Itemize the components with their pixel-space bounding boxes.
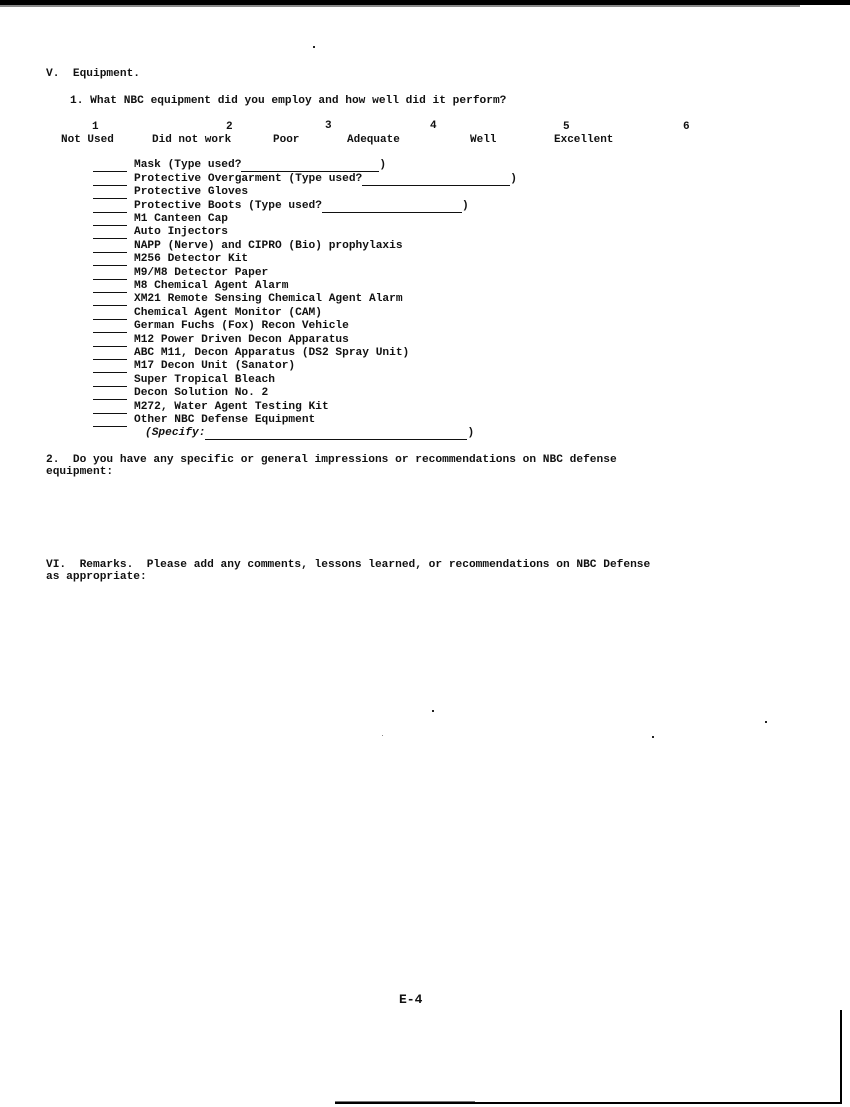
scan-speck xyxy=(765,721,767,723)
scale-number-1: 1 xyxy=(92,121,99,133)
rating-blank[interactable] xyxy=(93,402,127,414)
rating-blank[interactable] xyxy=(93,308,127,320)
question-2-line-2: equipment: xyxy=(46,466,113,479)
rating-blank[interactable] xyxy=(93,241,127,253)
scale-number-4: 4 xyxy=(430,120,437,132)
rating-blank[interactable] xyxy=(93,294,127,306)
equipment-item-protective-overgarment: Protective Overgarment (Type used?) xyxy=(93,172,517,185)
scale-label-adequate: Adequate xyxy=(347,134,400,146)
equipment-item-fuchs-recon-vehicle: German Fuchs (Fox) Recon Vehicle xyxy=(93,320,349,333)
rating-blank[interactable] xyxy=(93,281,127,293)
equipment-item-protective-boots: Protective Boots (Type used?) xyxy=(93,199,469,212)
rating-blank[interactable] xyxy=(93,214,127,226)
equipment-item-m272-testing-kit: M272, Water Agent Testing Kit xyxy=(93,400,329,413)
scan-speck xyxy=(382,735,383,736)
rating-blank[interactable] xyxy=(93,335,127,347)
scale-label-did-not-work: Did not work xyxy=(152,134,231,146)
equipment-item-xm21-alarm: XM21 Remote Sensing Chemical Agent Alarm xyxy=(93,293,403,306)
scan-speck xyxy=(652,736,654,738)
specify-field[interactable] xyxy=(205,429,467,440)
scan-speck xyxy=(313,46,315,48)
equipment-item-other-nbc: Other NBC Defense Equipment xyxy=(93,414,315,427)
equipment-item-m1-canteen-cap: M1 Canteen Cap xyxy=(93,213,228,226)
type-used-field[interactable] xyxy=(241,161,379,172)
equipment-item-protective-gloves: Protective Gloves xyxy=(93,186,248,199)
scan-speck xyxy=(432,710,434,712)
equipment-item-napp-cipro: NAPP (Nerve) and CIPRO (Bio) prophylaxis xyxy=(93,239,403,252)
type-used-field[interactable] xyxy=(322,202,462,213)
rating-blank[interactable] xyxy=(93,201,127,213)
scan-bottom-edge xyxy=(335,1102,842,1104)
equipment-item-super-tropical-bleach: Super Tropical Bleach xyxy=(93,373,275,386)
type-used-field[interactable] xyxy=(362,175,510,186)
rating-blank[interactable] xyxy=(93,388,127,400)
equipment-item-decon-solution-2: Decon Solution No. 2 xyxy=(93,387,268,400)
rating-blank[interactable] xyxy=(93,160,127,172)
equipment-item-m9-m8-detector-paper: M9/M8 Detector Paper xyxy=(93,266,268,279)
rating-blank[interactable] xyxy=(93,227,127,239)
scan-top-edge-shadow xyxy=(0,5,800,7)
equipment-item-m8-chemical-agent-alarm: M8 Chemical Agent Alarm xyxy=(93,280,288,293)
rating-blank[interactable] xyxy=(93,187,127,199)
scale-label-well: Well xyxy=(470,134,496,146)
rating-blank[interactable] xyxy=(93,321,127,333)
rating-blank[interactable] xyxy=(93,268,127,280)
scale-number-6: 6 xyxy=(683,121,690,133)
rating-blank[interactable] xyxy=(93,415,127,427)
scale-label-excellent: Excellent xyxy=(554,134,613,146)
scale-number-5: 5 xyxy=(563,121,570,133)
rating-blank[interactable] xyxy=(93,348,127,360)
rating-blank[interactable] xyxy=(93,174,127,186)
equipment-item-cam: Chemical Agent Monitor (CAM) xyxy=(93,306,322,319)
question-1: 1. What NBC equipment did you employ and… xyxy=(70,95,506,108)
equipment-item-m17-decon-unit: M17 Decon Unit (Sanator) xyxy=(93,360,295,373)
equipment-item-m256-detector-kit: M256 Detector Kit xyxy=(93,253,248,266)
section-vi-line-2: as appropriate: xyxy=(46,571,147,584)
equipment-item-auto-injectors: Auto Injectors xyxy=(93,226,228,239)
rating-blank[interactable] xyxy=(93,375,127,387)
scale-label-not-used: Not Used xyxy=(61,134,114,146)
scale-number-2: 2 xyxy=(226,121,233,133)
equipment-item-abc-m11: ABC M11, Decon Apparatus (DS2 Spray Unit… xyxy=(93,347,409,360)
scan-right-edge xyxy=(840,1010,842,1103)
equipment-item-mask: Mask (Type used?) xyxy=(93,159,386,172)
scale-label-poor: Poor xyxy=(273,134,299,146)
equipment-item-m12-decon-apparatus: M12 Power Driven Decon Apparatus xyxy=(93,333,349,346)
scale-number-3: 3 xyxy=(325,120,332,132)
rating-blank[interactable] xyxy=(93,361,127,373)
page-number: E-4 xyxy=(399,992,422,1007)
question-2-line-1: 2. Do you have any specific or general i… xyxy=(46,454,617,467)
rating-blank[interactable] xyxy=(93,254,127,266)
specify-row: (Specify:) xyxy=(145,427,474,440)
section-v-heading: V. Equipment. xyxy=(46,68,140,81)
